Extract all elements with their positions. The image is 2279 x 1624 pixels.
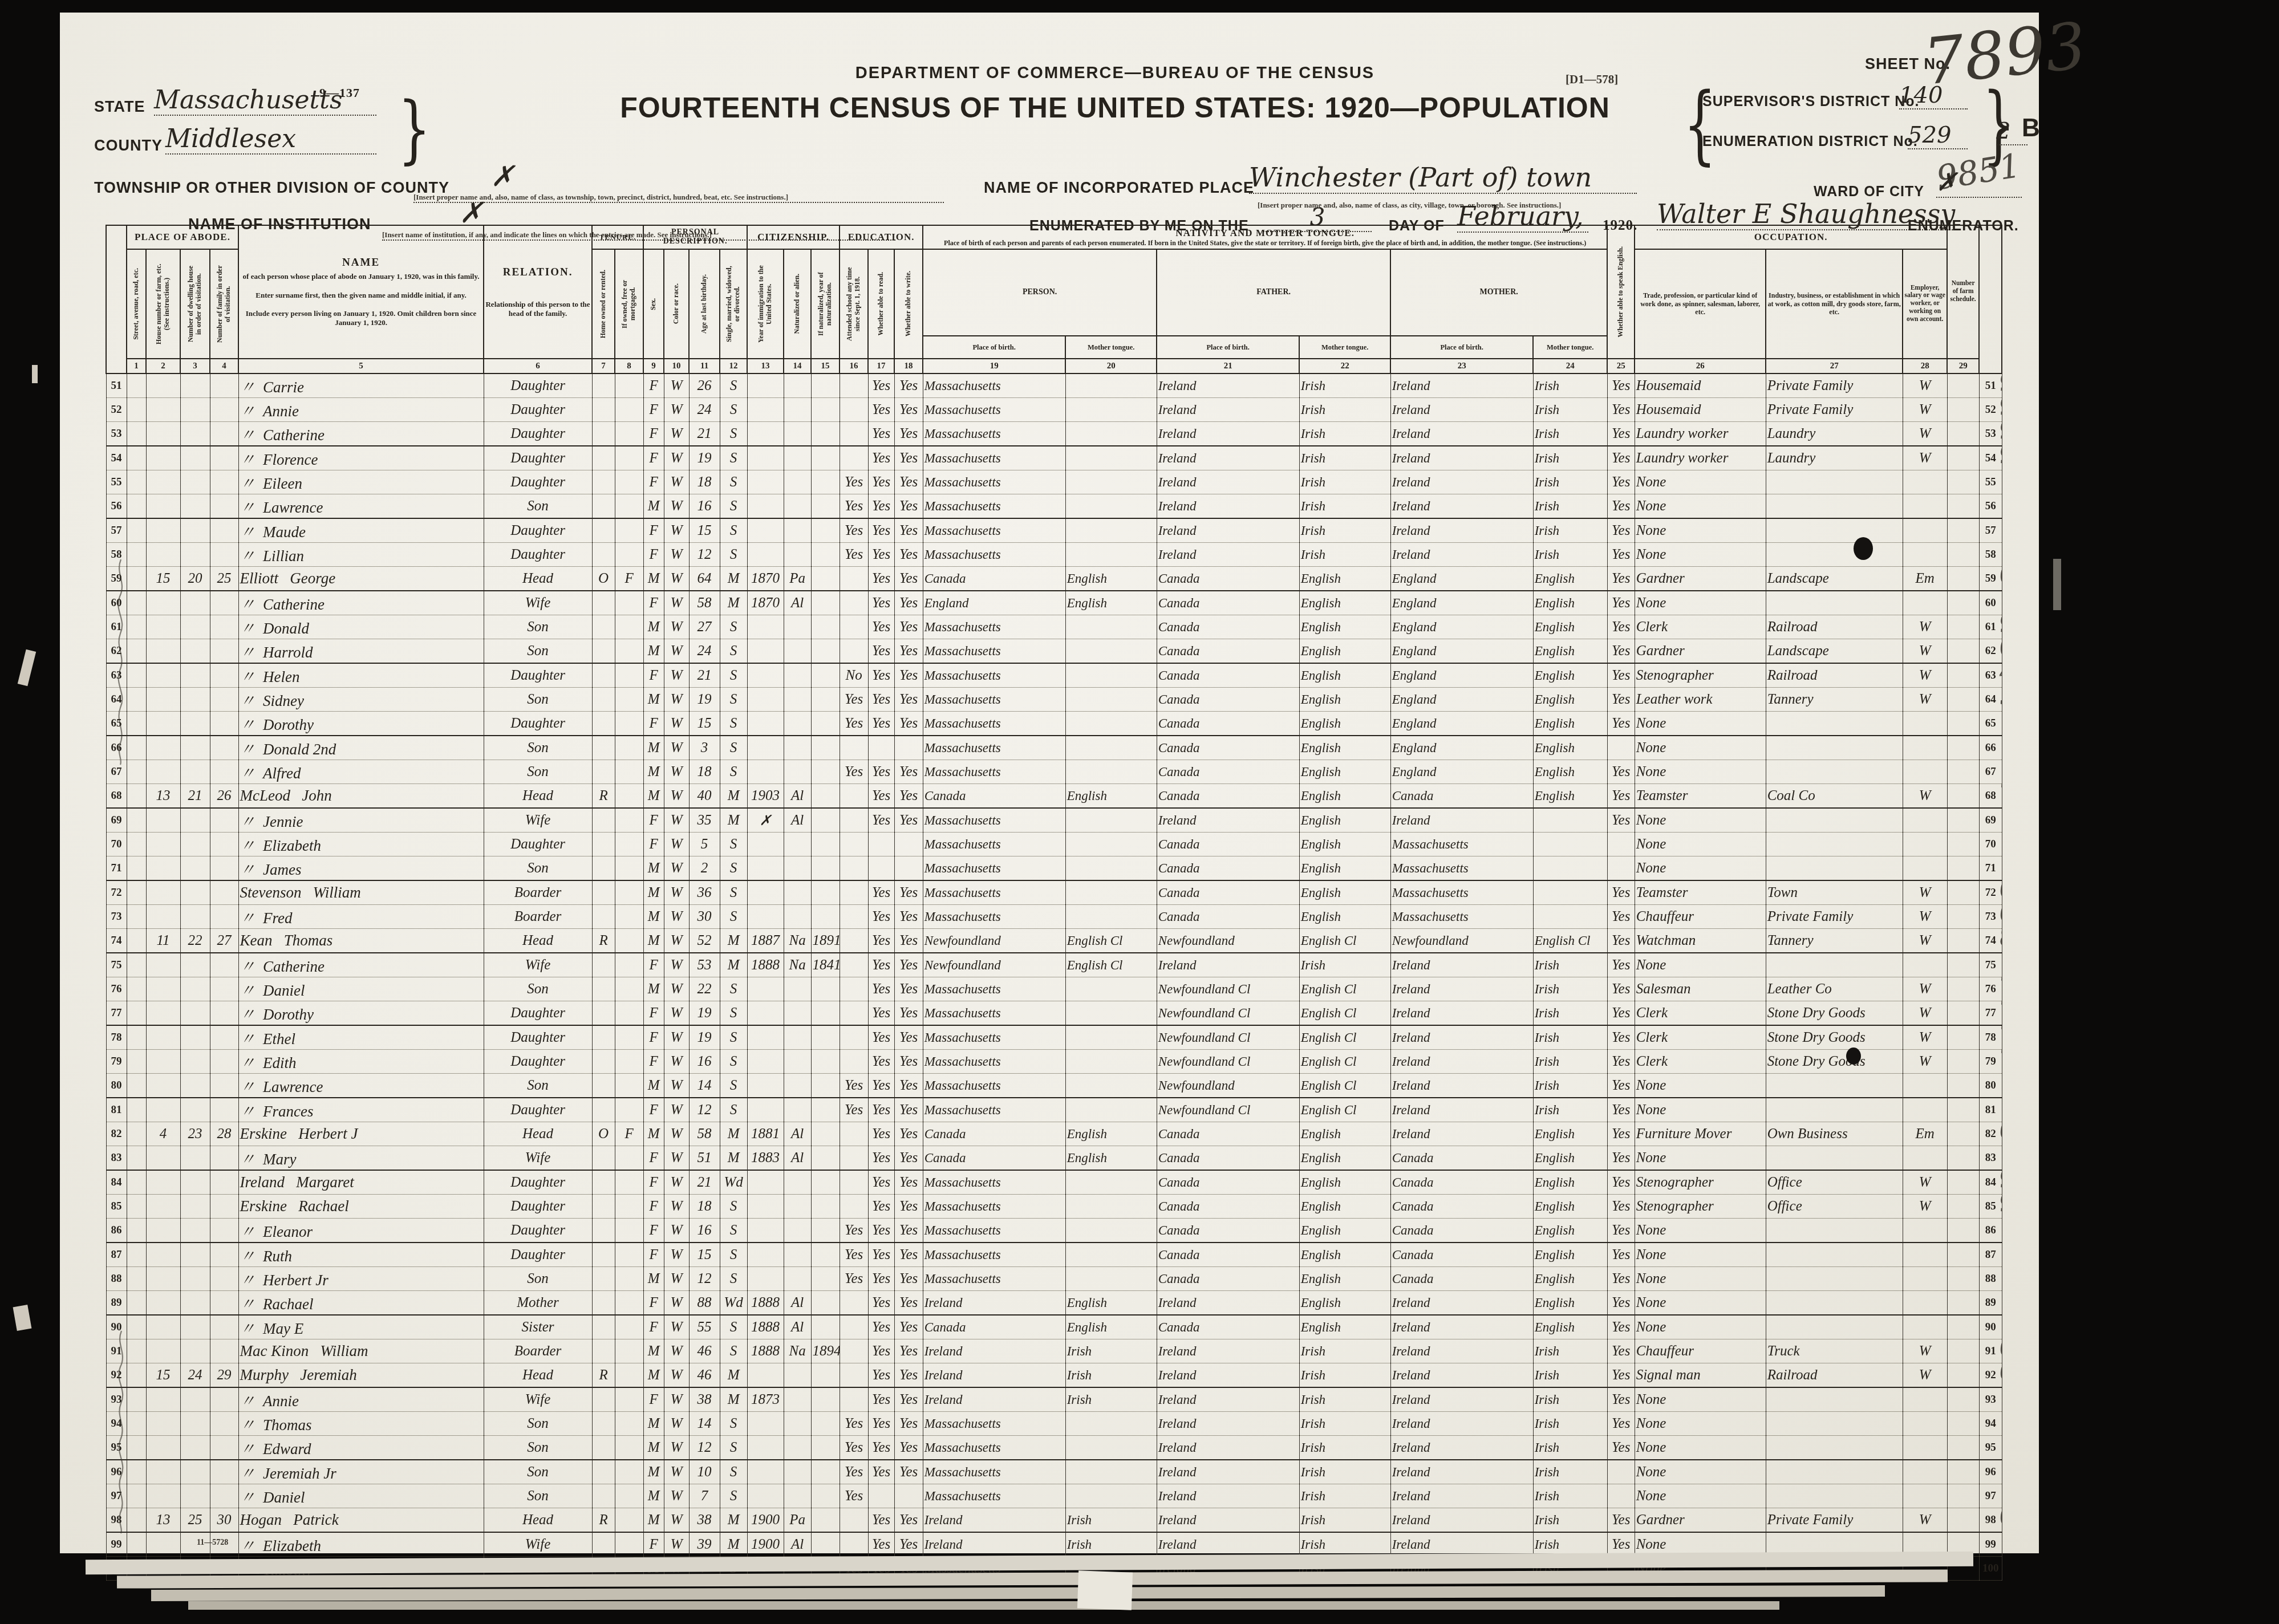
- census-cell: [1533, 808, 1607, 833]
- census-row: 64〃 SidneySonMW19SYesYesYesMassachusetts…: [106, 688, 2002, 712]
- census-cell: Al: [784, 1315, 811, 1339]
- census-cell: [840, 1508, 868, 1533]
- census-cell: Canada: [1157, 880, 1299, 905]
- census-cell: Canada: [1157, 688, 1299, 712]
- census-cell: F: [643, 1146, 664, 1171]
- census-cell: [840, 422, 868, 446]
- line-number-right: 58: [1979, 543, 2002, 567]
- census-cell: 30: [210, 1508, 238, 1533]
- census-cell: English: [1533, 1122, 1607, 1146]
- line-number-right: 86: [1979, 1219, 2002, 1243]
- census-cell: R: [592, 1363, 615, 1388]
- census-cell: [1947, 663, 1979, 688]
- census-cell: Yes: [1607, 784, 1635, 809]
- line-number-right: 59040: [1979, 567, 2002, 591]
- census-row: 71〃 JamesSonMW2SMassachusettsCanadaEngli…: [106, 856, 2002, 881]
- census-cell: [784, 1050, 811, 1074]
- column-number: 10: [664, 359, 689, 373]
- line-number-right: 84999: [1979, 1170, 2002, 1195]
- census-cell: English: [1533, 663, 1607, 688]
- census-cell: [1533, 856, 1607, 881]
- census-cell: Yes: [1607, 446, 1635, 470]
- column-number: 26: [1635, 359, 1766, 373]
- col26-header: Trade, profession, or particular kind of…: [1635, 249, 1766, 359]
- census-cell: [811, 591, 840, 615]
- census-cell: Ireland: [1390, 1122, 1533, 1146]
- census-cell: [747, 470, 784, 494]
- census-cell: [1065, 880, 1157, 905]
- census-cell: [127, 953, 146, 977]
- census-cell: Irish: [1299, 494, 1390, 519]
- census-cell: [146, 1339, 180, 1363]
- line-number-right: 63499: [1979, 663, 2002, 688]
- census-cell: [592, 373, 615, 398]
- census-cell: Pa: [784, 1508, 811, 1533]
- census-cell: [1947, 422, 1979, 446]
- census-cell: English: [1533, 1315, 1607, 1339]
- census-cell: [1947, 977, 1979, 1001]
- census-cell: S: [720, 760, 747, 784]
- census-cell: Yes: [1607, 494, 1635, 519]
- census-cell: [811, 1122, 840, 1146]
- census-cell: 〃 Carrie: [238, 373, 484, 398]
- census-cell: Head: [484, 567, 592, 591]
- census-cell: [1947, 1436, 1979, 1460]
- census-cell: [840, 1195, 868, 1219]
- census-cell: W: [1903, 398, 1947, 422]
- census-cell: [180, 1170, 210, 1195]
- census-cell: Yes: [894, 977, 923, 1001]
- census-cell: Yes: [868, 1122, 894, 1146]
- census-cell: [1065, 856, 1157, 881]
- census-cell: [615, 1532, 643, 1557]
- census-cell: [210, 518, 238, 543]
- census-cell: [811, 1098, 840, 1122]
- father-mt-header: Mother tongue.: [1299, 336, 1390, 359]
- line-number-right: 78707: [1979, 1025, 2002, 1050]
- census-cell: [1947, 1146, 1979, 1171]
- census-cell: Town: [1766, 880, 1903, 905]
- census-cell: [180, 736, 210, 760]
- census-cell: [747, 1170, 784, 1195]
- sheet-number-pencil: 7893: [1920, 9, 2090, 99]
- census-cell: [1947, 905, 1979, 929]
- census-cell: Daughter: [484, 1001, 592, 1026]
- census-cell: [127, 784, 146, 809]
- census-cell: W: [664, 1484, 689, 1508]
- census-cell: Yes: [840, 543, 868, 567]
- census-cell: W: [664, 1508, 689, 1533]
- census-cell: [127, 518, 146, 543]
- census-cell: [784, 1098, 811, 1122]
- census-cell: Ireland: [1157, 373, 1299, 398]
- census-cell: Yes: [840, 1098, 868, 1122]
- census-cell: Irish: [1299, 1339, 1390, 1363]
- census-cell: [1766, 1315, 1903, 1339]
- census-cell: English: [1299, 1291, 1390, 1316]
- census-cell: [784, 615, 811, 639]
- census-cell: English: [1533, 1267, 1607, 1291]
- census-cell: Railroad: [1766, 615, 1903, 639]
- census-cell: [747, 688, 784, 712]
- census-cell: [784, 422, 811, 446]
- census-row: 81〃 FrancesDaughterFW12SYesYesYesMassach…: [106, 1098, 2002, 1122]
- census-cell: Ireland: [1390, 470, 1533, 494]
- census-cell: Landscape: [1766, 567, 1903, 591]
- census-cell: [1065, 760, 1157, 784]
- line-number: 87: [106, 1243, 127, 1267]
- census-row: 69〃 JennieWifeFW35M✗AlYesYesMassachusett…: [106, 808, 2002, 833]
- paper-tab: [1077, 1570, 1133, 1610]
- pencil-annotation: 612: [1997, 880, 2002, 904]
- census-cell: [894, 736, 923, 760]
- line-number-right: 97: [1979, 1484, 2002, 1508]
- census-cell: 〃 Mary: [238, 1146, 484, 1171]
- line-number-right: 68711: [1979, 784, 2002, 809]
- census-cell: Son: [484, 856, 592, 881]
- census-cell: W: [664, 784, 689, 809]
- line-number: 76: [106, 977, 127, 1001]
- census-cell: [592, 543, 615, 567]
- census-row: 97〃 DanielSonMW7SYesMassachusettsIreland…: [106, 1484, 2002, 1508]
- census-cell: Yes: [868, 1363, 894, 1388]
- census-cell: [127, 977, 146, 1001]
- census-cell: [784, 905, 811, 929]
- census-cell: [894, 833, 923, 856]
- census-cell: None: [1635, 953, 1766, 977]
- line-number-right: 81: [1979, 1098, 2002, 1122]
- census-cell: [1766, 833, 1903, 856]
- census-cell: Daughter: [484, 1170, 592, 1195]
- census-cell: [146, 398, 180, 422]
- census-cell: [592, 1195, 615, 1219]
- census-cell: Canada: [1157, 567, 1299, 591]
- census-cell: English: [1533, 760, 1607, 784]
- census-cell: Daughter: [484, 663, 592, 688]
- census-cell: [811, 446, 840, 470]
- census-cell: English Cl: [1299, 1025, 1390, 1050]
- census-cell: M: [720, 1508, 747, 1533]
- census-cell: M: [643, 736, 664, 760]
- census-cell: [146, 373, 180, 398]
- census-cell: Stone Dry Goods: [1766, 1025, 1903, 1050]
- census-cell: Yes: [840, 688, 868, 712]
- census-cell: 21: [180, 784, 210, 809]
- census-cell: S: [720, 518, 747, 543]
- census-cell: Irish: [1533, 1025, 1607, 1050]
- census-cell: 21: [689, 422, 720, 446]
- census-cell: F: [643, 1387, 664, 1412]
- census-cell: [1947, 1387, 1979, 1412]
- census-cell: 〃 Annie: [238, 398, 484, 422]
- census-cell: Yes: [1607, 977, 1635, 1001]
- census-cell: [747, 1001, 784, 1026]
- census-cell: [1065, 1050, 1157, 1074]
- census-cell: [747, 880, 784, 905]
- census-cell: [1947, 760, 1979, 784]
- census-cell: [747, 1363, 784, 1388]
- census-cell: [180, 615, 210, 639]
- census-cell: 14: [689, 1074, 720, 1098]
- census-cell: [127, 1387, 146, 1412]
- census-cell: [747, 518, 784, 543]
- census-row: 77〃 DorothyDaughterFW19SYesYesMassachuse…: [106, 1001, 2002, 1026]
- census-cell: W: [664, 1098, 689, 1122]
- census-cell: English: [1299, 1170, 1390, 1195]
- census-cell: W: [664, 1195, 689, 1219]
- census-cell: 12: [689, 1098, 720, 1122]
- census-cell: Ireland: [1390, 1532, 1533, 1557]
- line-number: 55: [106, 470, 127, 494]
- census-cell: Yes: [868, 494, 894, 519]
- census-cell: Yes: [868, 953, 894, 977]
- census-cell: Wife: [484, 808, 592, 833]
- census-cell: [127, 905, 146, 929]
- census-cell: English: [1533, 1195, 1607, 1219]
- pencil-annotation: 960: [1997, 398, 2002, 421]
- census-cell: Yes: [1607, 1291, 1635, 1316]
- census-cell: 36: [689, 880, 720, 905]
- census-cell: Yes: [840, 1484, 868, 1508]
- census-cell: Son: [484, 760, 592, 784]
- census-cell: English: [1065, 784, 1157, 809]
- census-cell: [146, 1436, 180, 1460]
- census-cell: [1903, 1291, 1947, 1316]
- census-cell: [811, 373, 840, 398]
- census-cell: [1065, 808, 1157, 833]
- census-cell: 27: [210, 929, 238, 953]
- census-cell: Ireland: [1157, 1363, 1299, 1388]
- census-cell: W: [664, 1532, 689, 1557]
- census-cell: Signal man: [1635, 1363, 1766, 1388]
- census-cell: Wd: [720, 1170, 747, 1195]
- census-cell: Irish: [1533, 1363, 1607, 1388]
- census-cell: Yes: [868, 1170, 894, 1195]
- census-cell: Yes: [1607, 1243, 1635, 1267]
- census-cell: [1947, 615, 1979, 639]
- census-cell: [146, 543, 180, 567]
- census-cell: R: [592, 784, 615, 809]
- census-cell: Yes: [868, 1291, 894, 1316]
- census-cell: [615, 1508, 643, 1533]
- column-number: 22: [1299, 359, 1390, 373]
- census-cell: None: [1635, 1387, 1766, 1412]
- census-cell: [180, 1025, 210, 1050]
- census-cell: [747, 663, 784, 688]
- census-cell: [1903, 1267, 1947, 1291]
- census-cell: Watchman: [1635, 929, 1766, 953]
- census-cell: Yes: [868, 1339, 894, 1363]
- census-cell: [592, 688, 615, 712]
- census-cell: 1888: [747, 1291, 784, 1316]
- census-cell: Yes: [1607, 760, 1635, 784]
- census-cell: Yes: [1607, 905, 1635, 929]
- census-cell: English Cl: [1299, 1074, 1390, 1098]
- line-number: 74: [106, 929, 127, 953]
- census-row: 63〃 HelenDaughterFW21SNoYesYesMassachuse…: [106, 663, 2002, 688]
- census-cell: M: [643, 688, 664, 712]
- census-cell: Daughter: [484, 833, 592, 856]
- census-cell: 〃 Annie: [238, 1387, 484, 1412]
- census-cell: Ireland: [923, 1508, 1065, 1533]
- census-cell: Laundry worker: [1635, 446, 1766, 470]
- census-cell: Private Family: [1766, 398, 1903, 422]
- census-cell: [747, 1484, 784, 1508]
- nativity-desc: Place of birth of each person and parent…: [924, 239, 1605, 247]
- census-cell: [127, 615, 146, 639]
- census-cell: [1607, 833, 1635, 856]
- census-cell: W: [664, 953, 689, 977]
- census-cell: W: [1903, 1050, 1947, 1074]
- census-cell: Canada: [1157, 736, 1299, 760]
- census-cell: England: [1390, 688, 1533, 712]
- census-cell: [210, 1484, 238, 1508]
- census-cell: English: [1533, 1243, 1607, 1267]
- census-cell: W: [1903, 688, 1947, 712]
- census-cell: Irish: [1065, 1532, 1157, 1557]
- census-cell: 15: [146, 1363, 180, 1388]
- census-cell: W: [664, 1146, 689, 1171]
- census-cell: Private Family: [1766, 373, 1903, 398]
- census-cell: [127, 1267, 146, 1291]
- census-cell: [592, 905, 615, 929]
- census-cell: None: [1635, 518, 1766, 543]
- census-cell: Railroad: [1766, 663, 1903, 688]
- census-cell: W: [1903, 1001, 1947, 1026]
- column-number: 13: [747, 359, 784, 373]
- census-cell: O: [592, 567, 615, 591]
- census-cell: [1947, 1363, 1979, 1388]
- census-cell: [747, 494, 784, 519]
- census-cell: 〃 Alfred: [238, 760, 484, 784]
- census-cell: [784, 688, 811, 712]
- column-number: 11: [689, 359, 720, 373]
- census-cell: [1947, 712, 1979, 736]
- census-cell: 39: [689, 1532, 720, 1557]
- census-cell: Massachusetts: [923, 1050, 1065, 1074]
- census-cell: Ireland: [1390, 1387, 1533, 1412]
- name-sub2: Enter surname first, then the given name…: [256, 291, 467, 299]
- census-cell: Massachusetts: [923, 1460, 1065, 1484]
- census-cell: [127, 760, 146, 784]
- census-cell: [615, 736, 643, 760]
- census-cell: Yes: [894, 953, 923, 977]
- census-cell: Irish: [1533, 953, 1607, 977]
- county-label: COUNTY: [94, 137, 163, 155]
- census-cell: English: [1299, 736, 1390, 760]
- census-row: 60〃 CatherineWifeFW58M1870AlYesYesEnglan…: [106, 591, 2002, 615]
- census-cell: [615, 1484, 643, 1508]
- census-row: 55〃 EileenDaughterFW18SYesYesYesMassachu…: [106, 470, 2002, 494]
- census-cell: M: [643, 615, 664, 639]
- census-cell: Clerk: [1635, 1025, 1766, 1050]
- census-cell: Massachusetts: [923, 494, 1065, 519]
- census-cell: Em: [1903, 1122, 1947, 1146]
- census-cell: [840, 880, 868, 905]
- census-cell: Ireland: [1390, 1339, 1533, 1363]
- census-cell: Irish: [1533, 470, 1607, 494]
- census-cell: English: [1065, 1146, 1157, 1171]
- census-cell: Yes: [894, 1146, 923, 1171]
- census-cell: None: [1635, 808, 1766, 833]
- census-cell: [127, 1122, 146, 1146]
- census-cell: [210, 615, 238, 639]
- census-cell: [592, 856, 615, 881]
- census-row: 57〃 MaudeDaughterFW15SYesYesYesMassachus…: [106, 518, 2002, 543]
- census-cell: [127, 1508, 146, 1533]
- census-cell: [1065, 1098, 1157, 1122]
- census-cell: [615, 712, 643, 736]
- census-cell: [811, 808, 840, 833]
- census-cell: S: [720, 880, 747, 905]
- census-cell: [1766, 1098, 1903, 1122]
- census-cell: F: [643, 518, 664, 543]
- census-cell: [180, 373, 210, 398]
- census-cell: Canada: [1157, 1219, 1299, 1243]
- census-cell: [1766, 518, 1903, 543]
- census-cell: [840, 1291, 868, 1316]
- census-cell: [1947, 1170, 1979, 1195]
- census-cell: Son: [484, 1074, 592, 1098]
- census-cell: English: [1299, 1243, 1390, 1267]
- census-cell: [747, 1412, 784, 1436]
- census-cell: [1766, 543, 1903, 567]
- census-cell: [1947, 736, 1979, 760]
- census-cell: Son: [484, 615, 592, 639]
- census-cell: [784, 518, 811, 543]
- census-cell: Massachusetts: [923, 688, 1065, 712]
- census-cell: [784, 1387, 811, 1412]
- census-cell: None: [1635, 856, 1766, 881]
- census-cell: [146, 591, 180, 615]
- census-cell: M: [643, 1339, 664, 1363]
- census-cell: [615, 1146, 643, 1171]
- census-cell: English: [1299, 880, 1390, 905]
- census-cell: Canada: [1157, 1243, 1299, 1267]
- census-cell: Yes: [894, 1412, 923, 1436]
- census-row: 56〃 LawrenceSonMW16SYesYesYesMassachuset…: [106, 494, 2002, 519]
- census-cell: W: [664, 422, 689, 446]
- census-cell: W: [1903, 784, 1947, 809]
- census-cell: M: [643, 856, 664, 881]
- census-cell: [1903, 1412, 1947, 1436]
- census-row: 93〃 AnnieWifeFW38M1873YesYesIrelandIrish…: [106, 1387, 2002, 1412]
- census-cell: M: [720, 1387, 747, 1412]
- census-cell: Irish: [1065, 1387, 1157, 1412]
- census-cell: Yes: [868, 977, 894, 1001]
- census-cell: Ireland: [1157, 1532, 1299, 1557]
- census-cell: [146, 905, 180, 929]
- census-cell: Irish: [1299, 1484, 1390, 1508]
- census-cell: Irish: [1533, 518, 1607, 543]
- census-cell: Ireland: [923, 1291, 1065, 1316]
- census-cell: Son: [484, 494, 592, 519]
- census-cell: [747, 1098, 784, 1122]
- census-cell: [1947, 518, 1979, 543]
- mother-mt-header: Mother tongue.: [1533, 336, 1607, 359]
- census-cell: Yes: [1607, 1195, 1635, 1219]
- census-cell: [1903, 591, 1947, 615]
- census-cell: Gardner: [1635, 1508, 1766, 1533]
- census-title: FOURTEENTH CENSUS OF THE UNITED STATES: …: [602, 91, 1628, 124]
- census-cell: [592, 1532, 615, 1557]
- census-cell: [592, 833, 615, 856]
- census-cell: [1947, 494, 1979, 519]
- census-cell: Yes: [868, 808, 894, 833]
- census-cell: 16: [689, 1219, 720, 1243]
- census-cell: [146, 1098, 180, 1122]
- census-cell: Son: [484, 639, 592, 664]
